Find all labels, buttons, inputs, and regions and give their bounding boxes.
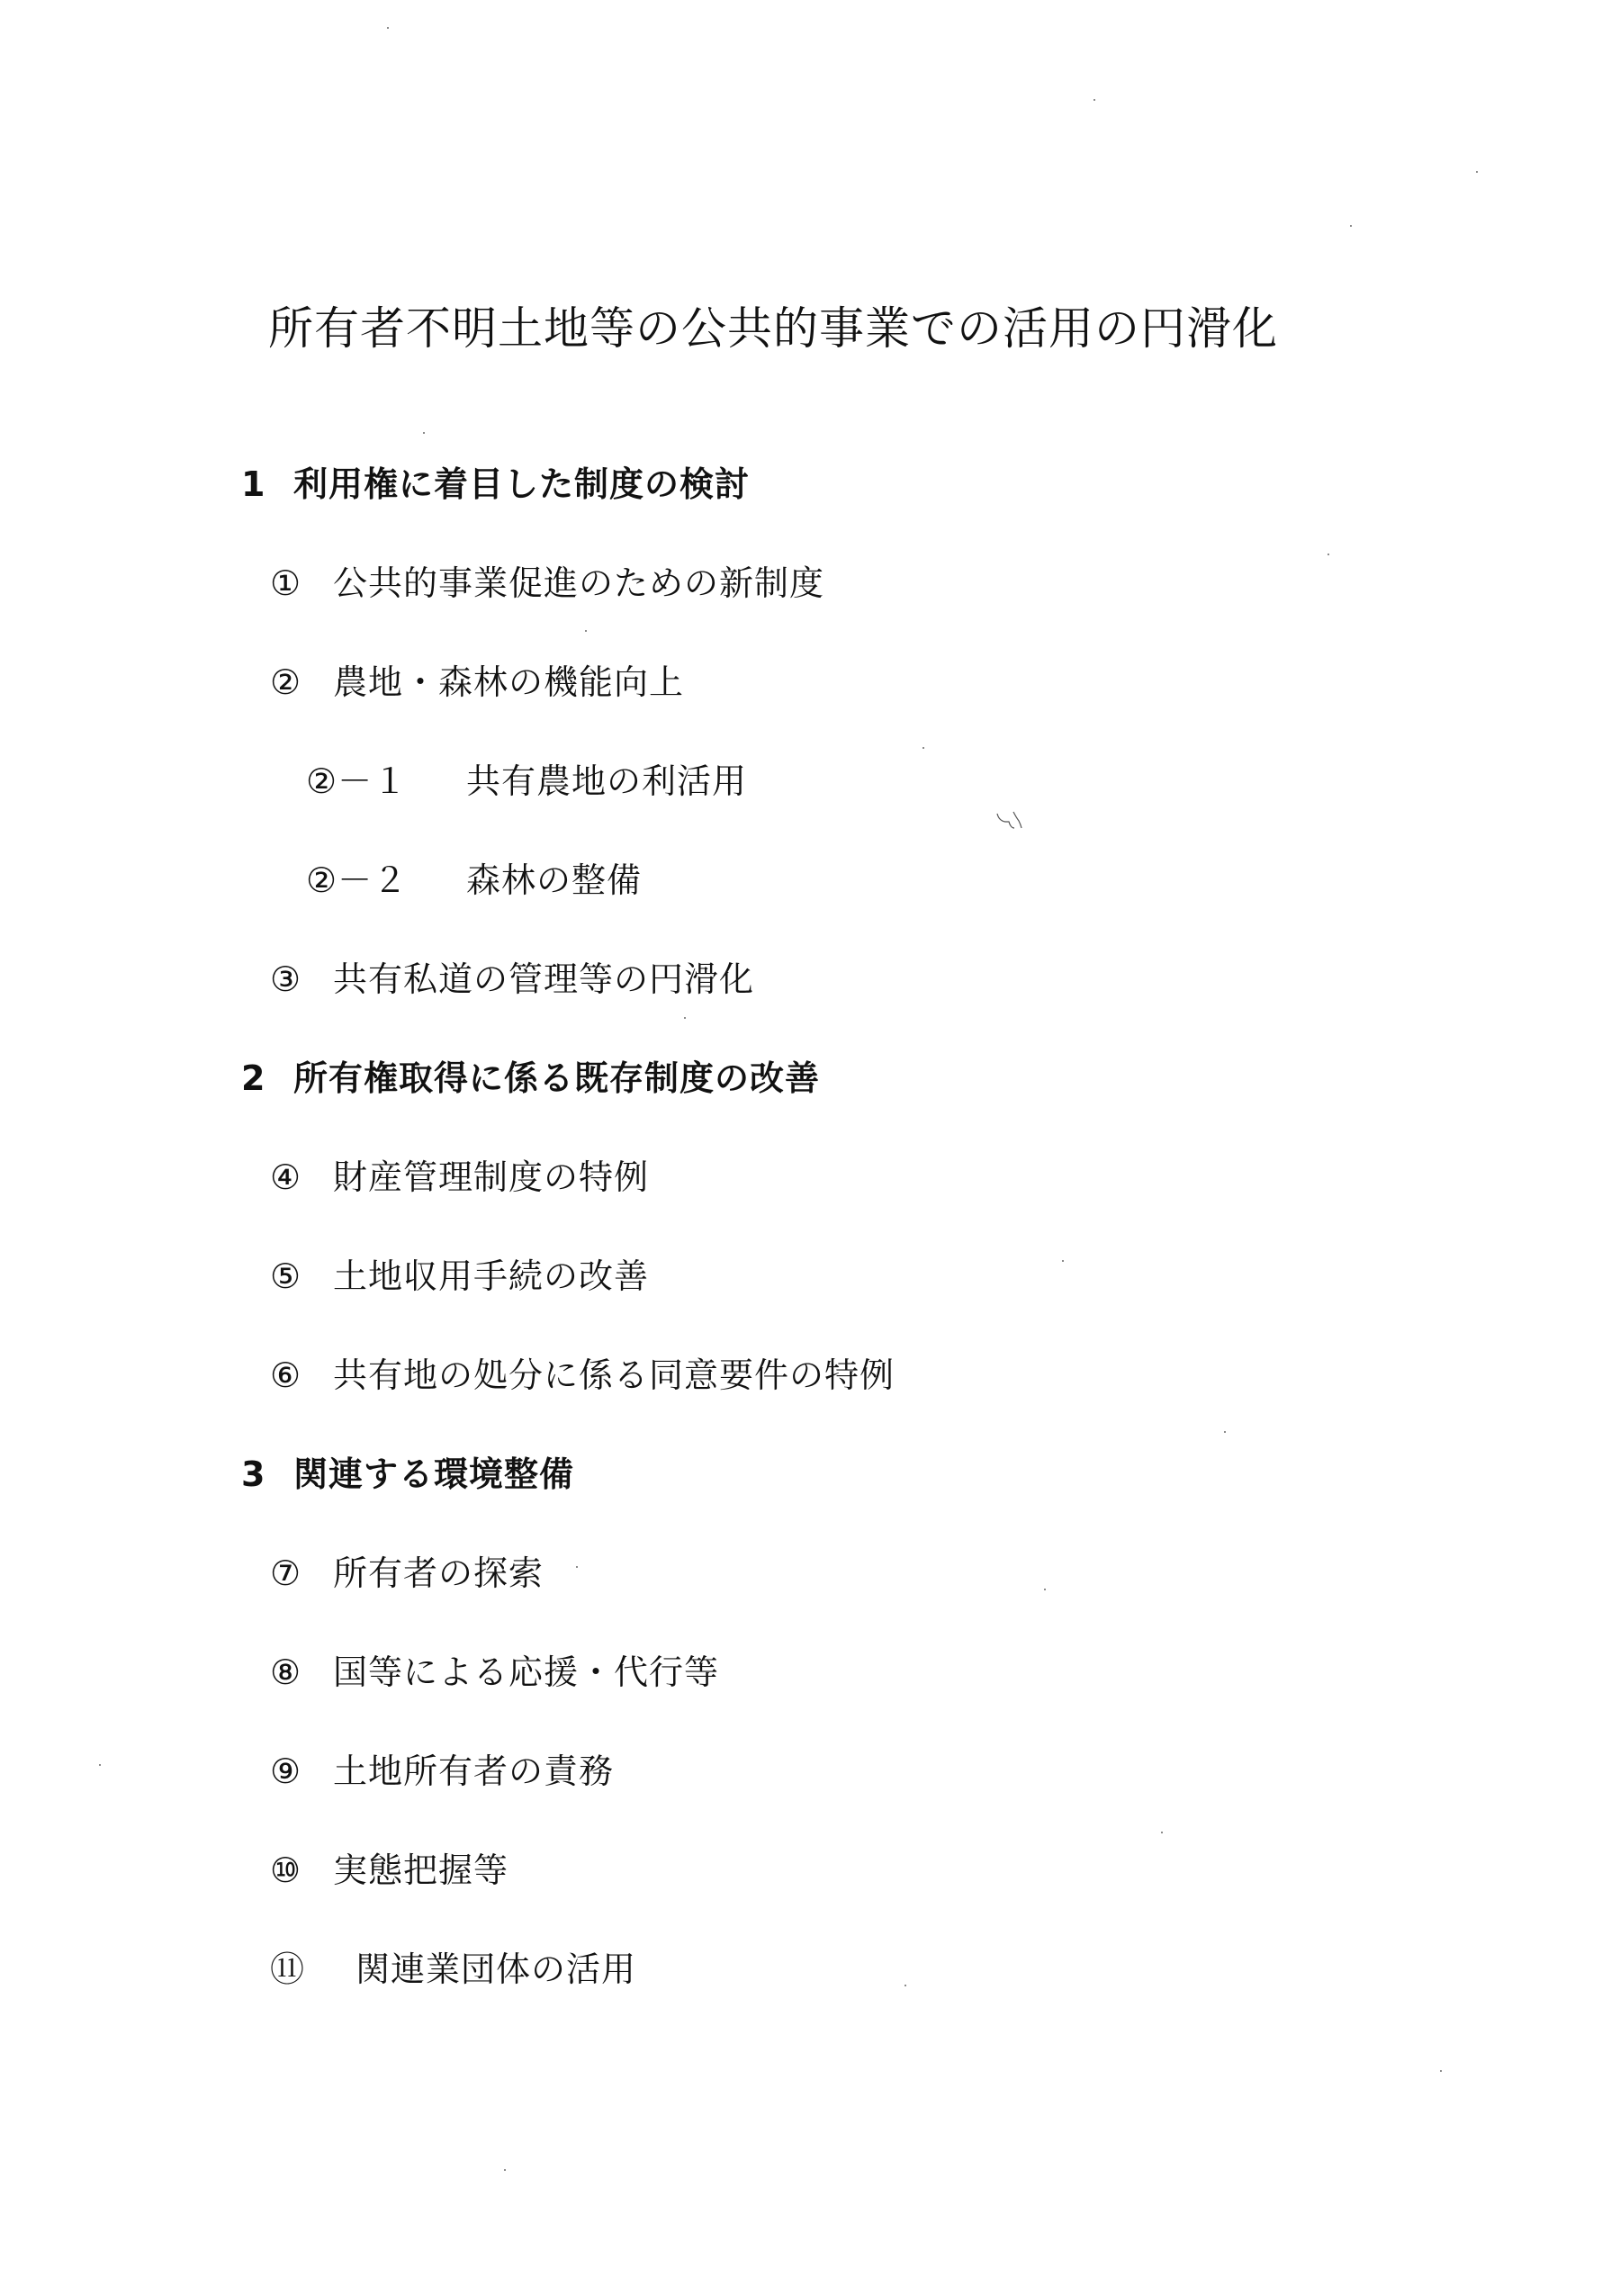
item-number: ⑦ bbox=[270, 1553, 333, 1594]
item-number: ⑨ bbox=[270, 1751, 333, 1792]
document-page: 所有者不明土地等の公共的事業での活用の円滑化 1利用権に着目した制度の検討 ①公… bbox=[0, 0, 1620, 2296]
scan-artifact-mark bbox=[994, 810, 1030, 837]
item-number: ⑩ bbox=[270, 1850, 333, 1891]
list-subitem-2-1: ②－１共有農地の利活用 bbox=[306, 761, 747, 802]
scan-speck bbox=[1062, 1260, 1064, 1262]
item-number: ② bbox=[270, 662, 333, 703]
item-label: 共有地の処分に係る同意要件の特例 bbox=[333, 1355, 895, 1395]
item-number: ④ bbox=[270, 1157, 333, 1198]
scan-speck bbox=[1044, 1589, 1046, 1590]
list-item-1: ①公共的事業促進のための新制度 bbox=[270, 563, 824, 604]
scan-speck bbox=[1161, 1832, 1163, 1833]
subitem-number: ②－１ bbox=[306, 761, 466, 802]
section-number: 3 bbox=[241, 1454, 293, 1495]
scan-speck bbox=[387, 27, 389, 29]
section-heading-text: 所有権取得に係る既存制度の改善 bbox=[293, 1058, 820, 1098]
item-label: 土地収用手続の改善 bbox=[333, 1256, 649, 1296]
item-label: 共有私道の管理等の円滑化 bbox=[333, 959, 754, 999]
scan-speck bbox=[1440, 2070, 1442, 2072]
item-number: ① bbox=[270, 563, 333, 604]
list-subitem-2-2: ②－２森林の整備 bbox=[306, 860, 642, 901]
list-item-2: ②農地・森林の機能向上 bbox=[270, 662, 684, 703]
scan-speck bbox=[922, 747, 924, 749]
section-heading-1: 1利用権に着目した制度の検討 bbox=[241, 464, 750, 505]
subitem-number: ②－２ bbox=[306, 860, 466, 901]
item-number: ③ bbox=[270, 959, 333, 1000]
scan-speck bbox=[904, 1985, 906, 1986]
scan-speck bbox=[576, 1566, 578, 1568]
list-item-11: ⑪関連業団体の活用 bbox=[270, 1949, 636, 1990]
scan-speck bbox=[1476, 171, 1478, 173]
item-label: 土地所有者の責務 bbox=[333, 1751, 614, 1791]
item-number: ⑥ bbox=[270, 1355, 333, 1396]
item-label: 公共的事業促進のための新制度 bbox=[333, 563, 824, 603]
item-number: ⑤ bbox=[270, 1256, 333, 1297]
item-label: 国等による応援・代行等 bbox=[333, 1652, 719, 1692]
scan-speck bbox=[99, 1764, 101, 1766]
section-heading-text: 利用権に着目した制度の検討 bbox=[293, 464, 750, 504]
section-number: 1 bbox=[241, 464, 293, 505]
item-label: 実態把握等 bbox=[333, 1850, 508, 1890]
scan-speck bbox=[423, 432, 425, 434]
section-heading-3: 3関連する環境整備 bbox=[241, 1454, 574, 1495]
scan-speck bbox=[585, 630, 587, 632]
scan-speck bbox=[1093, 99, 1095, 101]
section-number: 2 bbox=[241, 1058, 293, 1099]
list-item-10: ⑩実態把握等 bbox=[270, 1850, 508, 1891]
list-item-5: ⑤土地収用手続の改善 bbox=[270, 1256, 649, 1297]
item-label: 農地・森林の機能向上 bbox=[333, 662, 684, 702]
item-label: 所有者の探索 bbox=[333, 1553, 544, 1593]
item-number: ⑪ bbox=[270, 1949, 355, 1990]
list-item-6: ⑥共有地の処分に係る同意要件の特例 bbox=[270, 1355, 895, 1396]
scan-speck bbox=[504, 2169, 506, 2171]
section-heading-text: 関連する環境整備 bbox=[293, 1454, 574, 1494]
page-title: 所有者不明土地等の公共的事業での活用の円滑化 bbox=[268, 302, 1278, 356]
scan-speck bbox=[1224, 1431, 1226, 1433]
list-item-9: ⑨土地所有者の責務 bbox=[270, 1751, 614, 1792]
item-label: 財産管理制度の特例 bbox=[333, 1157, 649, 1197]
subitem-label: 共有農地の利活用 bbox=[466, 761, 747, 801]
list-item-7: ⑦所有者の探索 bbox=[270, 1553, 544, 1594]
list-item-4: ④財産管理制度の特例 bbox=[270, 1157, 649, 1198]
item-number: ⑧ bbox=[270, 1652, 333, 1693]
item-label: 関連業団体の活用 bbox=[355, 1949, 636, 1989]
scan-speck bbox=[1350, 225, 1352, 227]
list-item-3: ③共有私道の管理等の円滑化 bbox=[270, 959, 754, 1000]
section-heading-2: 2所有権取得に係る既存制度の改善 bbox=[241, 1058, 820, 1099]
scan-speck bbox=[684, 1017, 686, 1019]
scan-speck bbox=[1327, 554, 1329, 555]
list-item-8: ⑧国等による応援・代行等 bbox=[270, 1652, 719, 1693]
subitem-label: 森林の整備 bbox=[466, 860, 642, 900]
